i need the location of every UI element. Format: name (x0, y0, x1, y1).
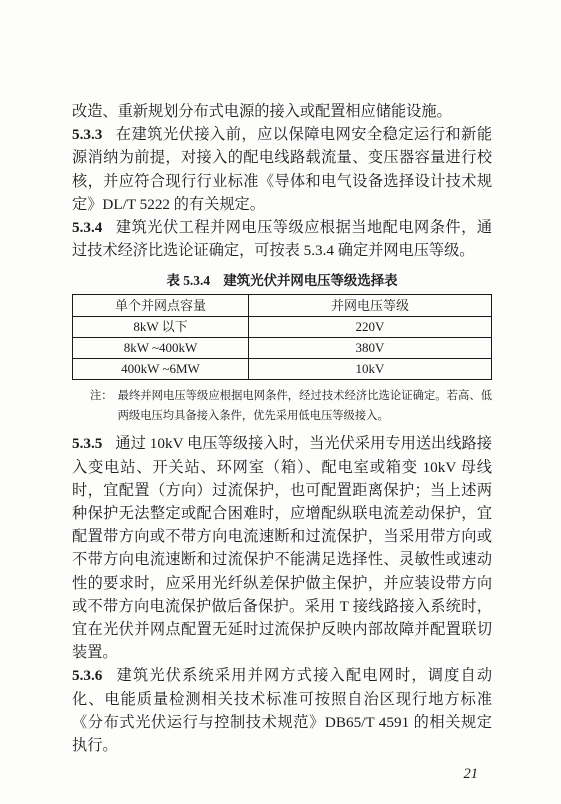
section-number: 5.3.4 (72, 219, 115, 236)
section-5-3-3: 5.3.3在建筑光伏接入前，应以保障电网安全稳定运行和新能源消纳为前提，对接入的… (72, 123, 492, 216)
section-number: 5.3.6 (72, 667, 115, 684)
table-title: 表 5.3.4 建筑光伏并网电压等级选择表 (72, 272, 492, 289)
section-5-3-5: 5.3.5通过 10kV 电压等级接入时，当光伏采用专用送出线路接入变电站、开关… (72, 432, 492, 664)
table-header-row: 单个并网点容量 并网电压等级 (73, 295, 492, 317)
paragraph-text: 改造、重新规划分布式电源的接入或配置相应储能设施。 (72, 103, 452, 120)
cell-voltage: 380V (248, 338, 491, 359)
table-header-capacity: 单个并网点容量 (73, 295, 249, 317)
section-text: 建筑光伏系统采用并网方式接入配电网时，调度自动化、电能质量检测相关技术标准可按照… (72, 667, 492, 754)
voltage-level-table: 单个并网点容量 并网电压等级 8kW 以下 220V 8kW ~400kW 38… (72, 294, 492, 380)
cell-capacity: 8kW 以下 (73, 317, 249, 338)
page-number: 21 (72, 766, 492, 783)
section-text: 建筑光伏工程并网电压等级应根据当地配电网条件，通过技术经济比选论证确定，可按表 … (72, 219, 492, 259)
section-text: 在建筑光伏接入前，应以保障电网安全稳定运行和新能源消纳为前提，对接入的配电线路载… (72, 126, 492, 213)
section-number: 5.3.3 (72, 126, 115, 143)
text-block: 改造、重新规划分布式电源的接入或配置相应储能设施。 5.3.3在建筑光伏接入前，… (72, 100, 492, 783)
cell-voltage: 10kV (248, 359, 491, 380)
paragraph-continuation: 改造、重新规划分布式电源的接入或配置相应储能设施。 (72, 100, 492, 123)
table-note: 注： 最终并网电压等级应根据电网条件，经过技术经济比选论证确定。若高、低两级电压… (90, 387, 492, 426)
note-label: 注： (90, 387, 118, 426)
cell-capacity: 8kW ~400kW (73, 338, 249, 359)
table-row: 8kW 以下 220V (73, 317, 492, 338)
section-5-3-6: 5.3.6建筑光伏系统采用并网方式接入配电网时，调度自动化、电能质量检测相关技术… (72, 664, 492, 757)
table-row: 8kW ~400kW 380V (73, 338, 492, 359)
note-text: 最终并网电压等级应根据电网条件，经过技术经济比选论证确定。若高、低两级电压均具备… (118, 387, 492, 426)
table-row: 400kW ~6MW 10kV (73, 359, 492, 380)
section-5-3-4: 5.3.4建筑光伏工程并网电压等级应根据当地配电网条件，通过技术经济比选论证确定… (72, 216, 492, 262)
section-number: 5.3.5 (72, 435, 115, 452)
table-header-voltage: 并网电压等级 (248, 295, 491, 317)
section-text: 通过 10kV 电压等级接入时，当光伏采用专用送出线路接入变电站、开关站、环网室… (72, 435, 492, 661)
cell-capacity: 400kW ~6MW (73, 359, 249, 380)
cell-voltage: 220V (248, 317, 491, 338)
document-page: 改造、重新规划分布式电源的接入或配置相应储能设施。 5.3.3在建筑光伏接入前，… (0, 0, 561, 804)
